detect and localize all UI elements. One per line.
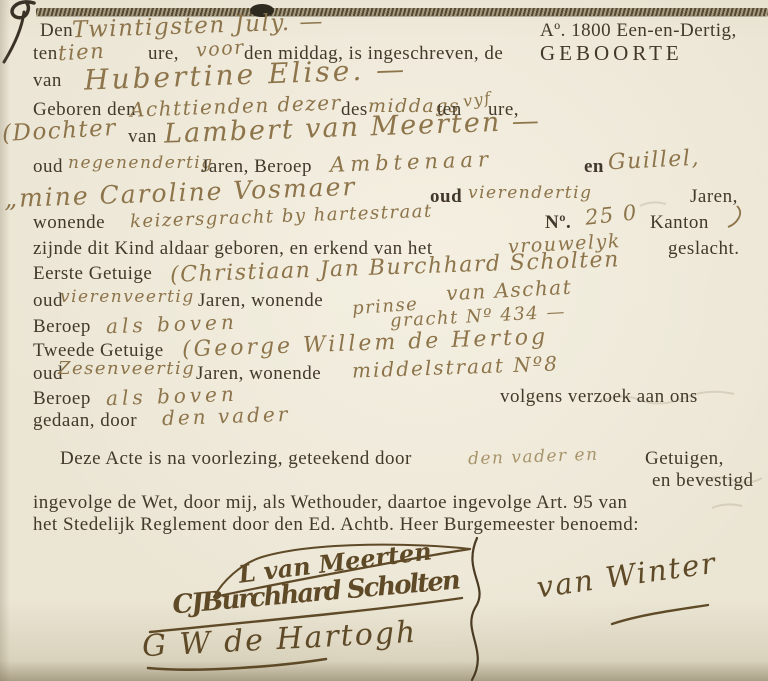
witness2-age-handwritten: Zesenveertig [58,358,195,379]
margin-g-flourish [4,2,34,62]
label-jaren-wonende-w1: Jaren, wonende [198,290,323,312]
closing-line1-end: Getuigen, [645,448,724,470]
label-en: en [584,156,604,178]
label-jaren: Jaren, [690,186,738,208]
closing-line2: en bevestigd [652,470,754,492]
sig4-underline [612,605,708,624]
label-no: Nº. [545,212,571,234]
label-geboorte: GEBOORTE [540,41,683,66]
label-oud-father: oud [33,156,63,178]
child-name-handwritten: Hubertine Elise. — [84,52,408,96]
witness1-occupation-handwritten: als boven [106,310,239,339]
father-age-handwritten: negenendertig [68,153,214,173]
label-oud-mother: oud [430,186,462,208]
closing-line4: het Stedelijk Reglement door den Ed. Ach… [33,514,639,536]
house-number-handwritten: 25 0 [584,200,639,229]
label-gedaan-door: gedaan, door [33,410,137,432]
anno-year: Aº. 1800 Een-en-Dertig, [540,20,737,42]
signature-van-winter: van Winter [535,546,719,605]
relation-handwritten: (Dochter [1,115,117,147]
label-van2: van [128,126,157,148]
signature-brace [471,538,479,680]
label-van: van [33,70,62,92]
label-eerste-getuige: Eerste Getuige [33,263,152,285]
requested-by-handwritten: den vader [162,402,291,430]
witness1-age-handwritten: vierenveertig [60,287,195,307]
label-volgens-verzoek: volgens verzoek aan ons [500,386,698,408]
kanton-flourish [728,206,740,227]
signature-de-hartogh: G W de Hartogh [141,615,418,664]
label-kanton: Kanton [650,212,709,234]
mother-age-handwritten: vierendertig [468,183,592,203]
birth-register-scan: Den Twintigsten July. — Aº. 1800 Een-en-… [0,0,768,681]
label-ten: ten [33,43,58,65]
closing-line1: Deze Acte is na voorlezing, geteekend do… [60,448,412,470]
label-geslacht: geslacht. [668,238,740,260]
label-oud-w1: oud [33,290,63,312]
witness1-address-b-handwritten: van Aschat [445,275,572,306]
registration-hour-handwritten: tien [57,39,105,65]
label-wonende: wonende [33,212,105,234]
label-beroep-w1: Beroep [33,316,91,338]
witness2-address-handwritten: middelstraat Nº8 [352,351,560,382]
mother-name-part1-handwritten: Guillel, [607,146,700,176]
label-den: Den [40,20,73,42]
label-beroep-w2: Beroep [33,388,91,410]
signed-by-handwritten: den vader en [468,445,599,470]
closing-line3: ingevolge de Wet, door mij, als Wethoude… [33,492,627,514]
